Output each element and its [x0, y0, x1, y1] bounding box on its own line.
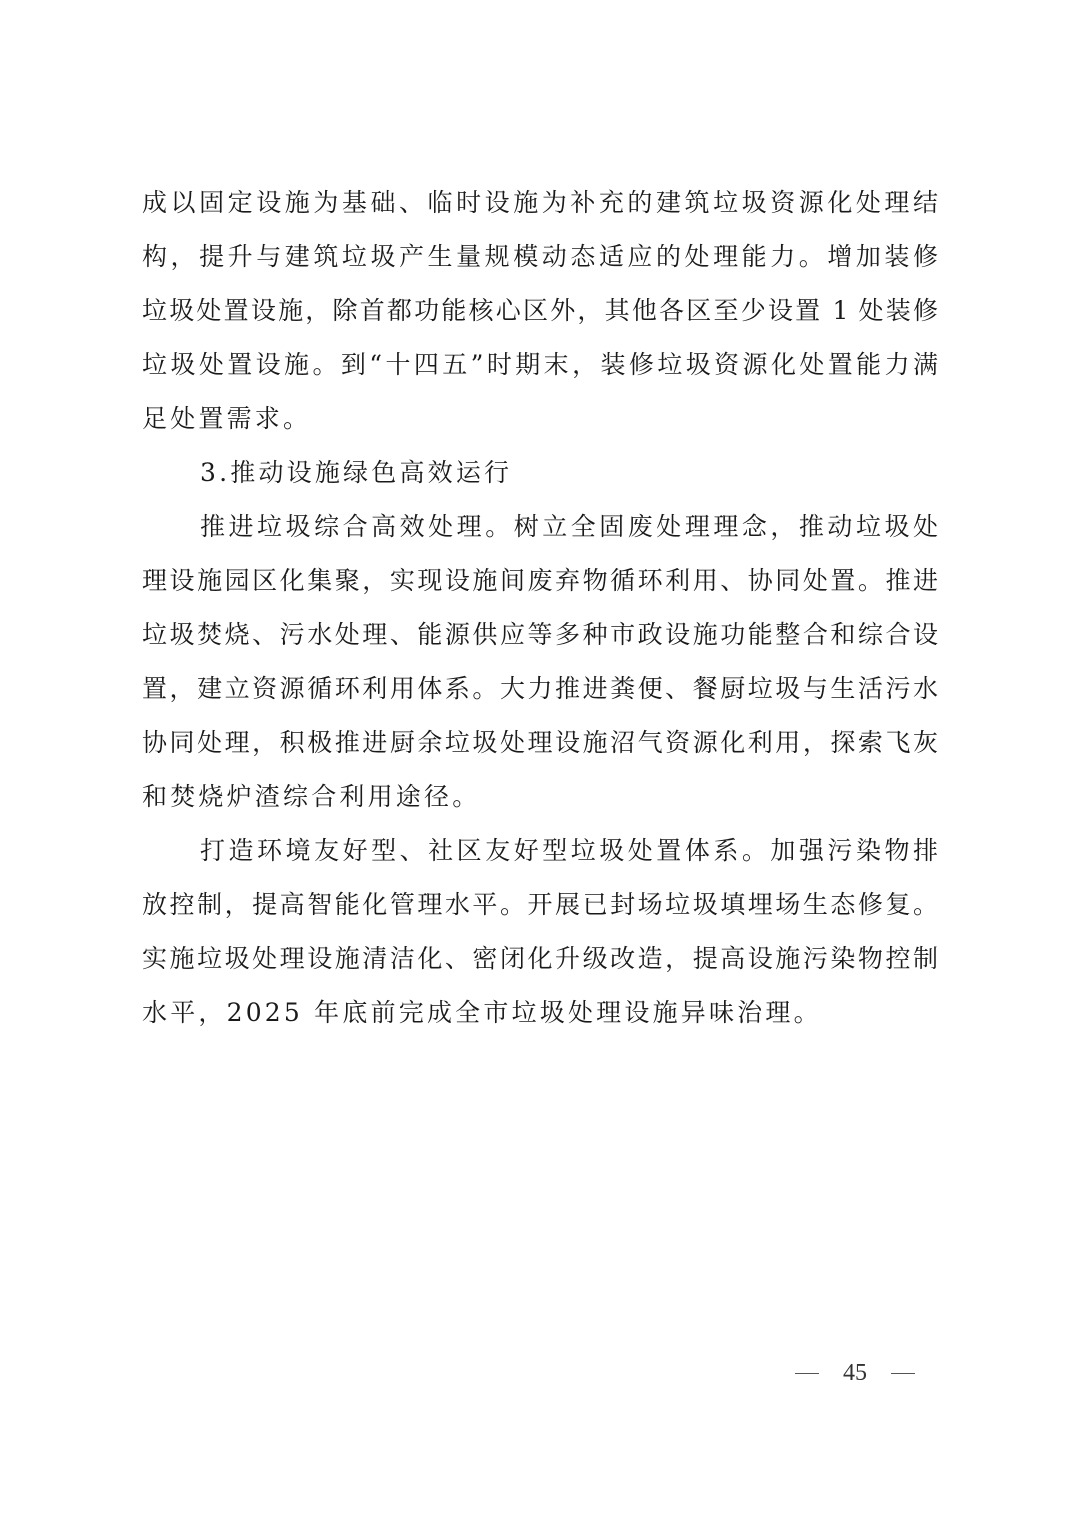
text-line: 和焚烧炉渣综合利用途径。 — [142, 770, 942, 824]
text-line: 置，建立资源循环利用体系。大力推进粪便、餐厨垃圾与生活污水 — [142, 662, 938, 716]
text-line: 垃圾处置设施，除首都功能核心区外，其他各区至少设置 1 处装修 — [142, 284, 938, 338]
text-line: 足处置需求。 — [142, 392, 942, 446]
document-page: 成以固定设施为基础、临时设施为补充的建筑垃圾资源化处理结 构，提升与建筑垃圾产生… — [0, 0, 1080, 1527]
paragraph-integrated-processing: 推进垃圾综合高效处理。树立全固废处理理念，推动垃圾处 理设施园区化集聚，实现设施… — [142, 500, 942, 824]
text-line: 协同处理，积极推进厨余垃圾处理设施沼气资源化利用，探索飞灰 — [142, 716, 938, 770]
dash-left-decoration — [795, 1373, 819, 1374]
text-line: 垃圾处置设施。到“十四五”时期末，装修垃圾资源化处置能力满 — [142, 338, 938, 392]
text-line: 理设施园区化集聚，实现设施间废弃物循环利用、协同处置。推进 — [142, 554, 938, 608]
text-line: 水平，2025 年底前完成全市垃圾处理设施异味治理。 — [142, 986, 942, 1040]
paragraph-continuation: 成以固定设施为基础、临时设施为补充的建筑垃圾资源化处理结 构，提升与建筑垃圾产生… — [142, 176, 942, 446]
page-number: 45 — [843, 1360, 867, 1387]
text-line: 打造环境友好型、社区友好型垃圾处置体系。加强污染物排 — [142, 824, 938, 878]
text-line: 成以固定设施为基础、临时设施为补充的建筑垃圾资源化处理结 — [142, 176, 938, 230]
text-line: 构，提升与建筑垃圾产生量规模动态适应的处理能力。增加装修 — [142, 230, 938, 284]
page-number-footer: 45 — [795, 1356, 915, 1390]
dash-right-decoration — [891, 1373, 915, 1374]
text-line: 垃圾焚烧、污水处理、能源供应等多种市政设施功能整合和综合设 — [142, 608, 938, 662]
paragraph-environment-friendly: 打造环境友好型、社区友好型垃圾处置体系。加强污染物排 放控制，提高智能化管理水平… — [142, 824, 942, 1040]
text-line: 实施垃圾处理设施清洁化、密闭化升级改造，提高设施污染物控制 — [142, 932, 938, 986]
body-text: 成以固定设施为基础、临时设施为补充的建筑垃圾资源化处理结 构，提升与建筑垃圾产生… — [142, 176, 942, 1040]
section-heading: 3.推动设施绿色高效运行 — [142, 446, 942, 500]
text-line: 推进垃圾综合高效处理。树立全固废处理理念，推动垃圾处 — [142, 500, 938, 554]
heading-text: 3.推动设施绿色高效运行 — [142, 446, 942, 500]
text-line: 放控制，提高智能化管理水平。开展已封场垃圾填埋场生态修复。 — [142, 878, 938, 932]
